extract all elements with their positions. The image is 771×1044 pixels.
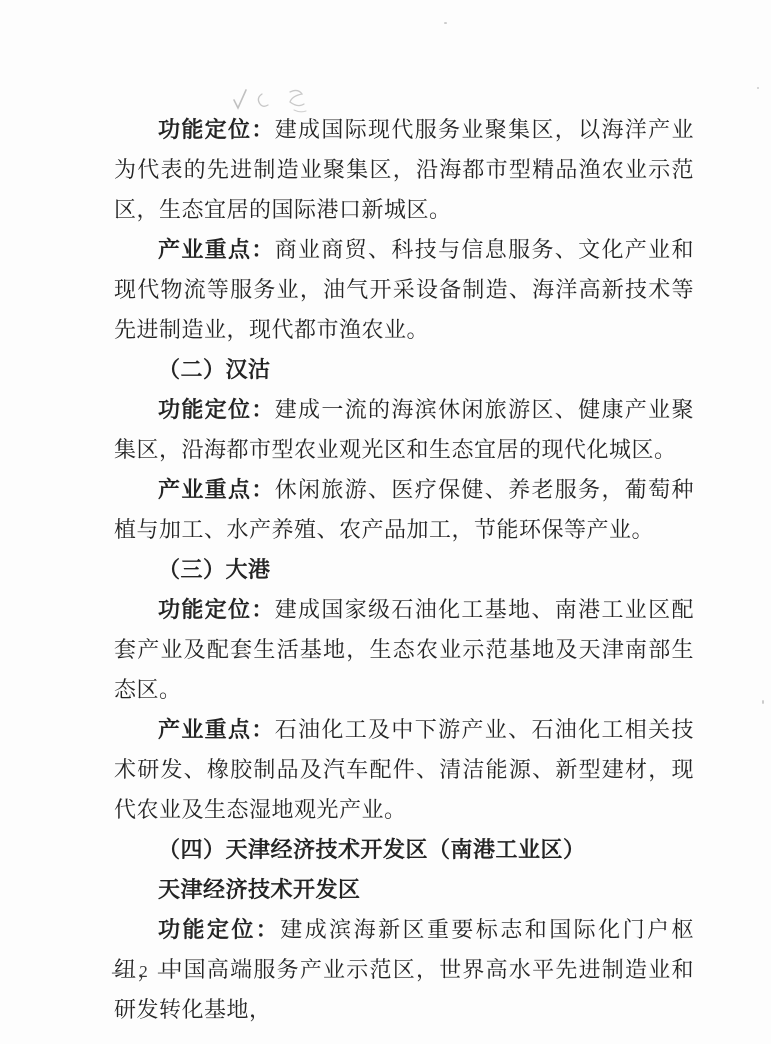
section-heading: 天津经济技术开发区 xyxy=(114,870,694,910)
body-paragraph: 产业重点：商业商贸、科技与信息服务、文化产业和现代物流等服务业，油气开采设备制造… xyxy=(114,230,694,350)
paragraph-label: 产业重点： xyxy=(158,477,275,502)
section-heading: （二）汉沽 xyxy=(114,350,694,390)
body-paragraph: 功能定位：建成滨海新区重要标志和国际化门户枢纽，中国高端服务产业示范区，世界高水… xyxy=(114,910,694,1030)
paragraph-label: 功能定位： xyxy=(158,117,275,142)
body-paragraph: 功能定位：建成一流的海滨休闲旅游区、健康产业聚集区，沿海都市型农业观光区和生态宜… xyxy=(114,390,694,470)
body-paragraph: 产业重点：休闲旅游、医疗保健、养老服务，葡萄种植与加工、水产养殖、农产品加工，节… xyxy=(114,470,694,550)
body-paragraph: 功能定位：建成国际现代服务业聚集区，以海洋产业为代表的先进制造业聚集区，沿海都市… xyxy=(114,110,694,230)
scan-speck xyxy=(757,87,759,89)
document-page: 功能定位：建成国际现代服务业聚集区，以海洋产业为代表的先进制造业聚集区，沿海都市… xyxy=(0,0,771,1044)
section-heading: （三）大港 xyxy=(114,550,694,590)
section-heading: （四）天津经济技术开发区（南港工业区） xyxy=(114,830,694,870)
page-number: — 2 — xyxy=(112,960,178,984)
scan-speck xyxy=(762,700,764,704)
paragraph-label: 功能定位： xyxy=(158,597,275,622)
paragraph-label: 功能定位： xyxy=(158,917,280,942)
paragraph-label: 功能定位： xyxy=(158,397,275,422)
body-paragraph: 产业重点：石油化工及中下游产业、石油化工相关技术研发、橡胶制品及汽车配件、清洁能… xyxy=(114,710,694,830)
paragraph-label: 产业重点： xyxy=(158,717,275,742)
scan-speck xyxy=(444,22,447,24)
paragraph-label: 产业重点： xyxy=(158,237,275,262)
document-body: 功能定位：建成国际现代服务业聚集区，以海洋产业为代表的先进制造业聚集区，沿海都市… xyxy=(114,110,694,1030)
body-paragraph: 功能定位：建成国家级石油化工基地、南港工业区配套产业及配套生活基地，生态农业示范… xyxy=(114,590,694,710)
